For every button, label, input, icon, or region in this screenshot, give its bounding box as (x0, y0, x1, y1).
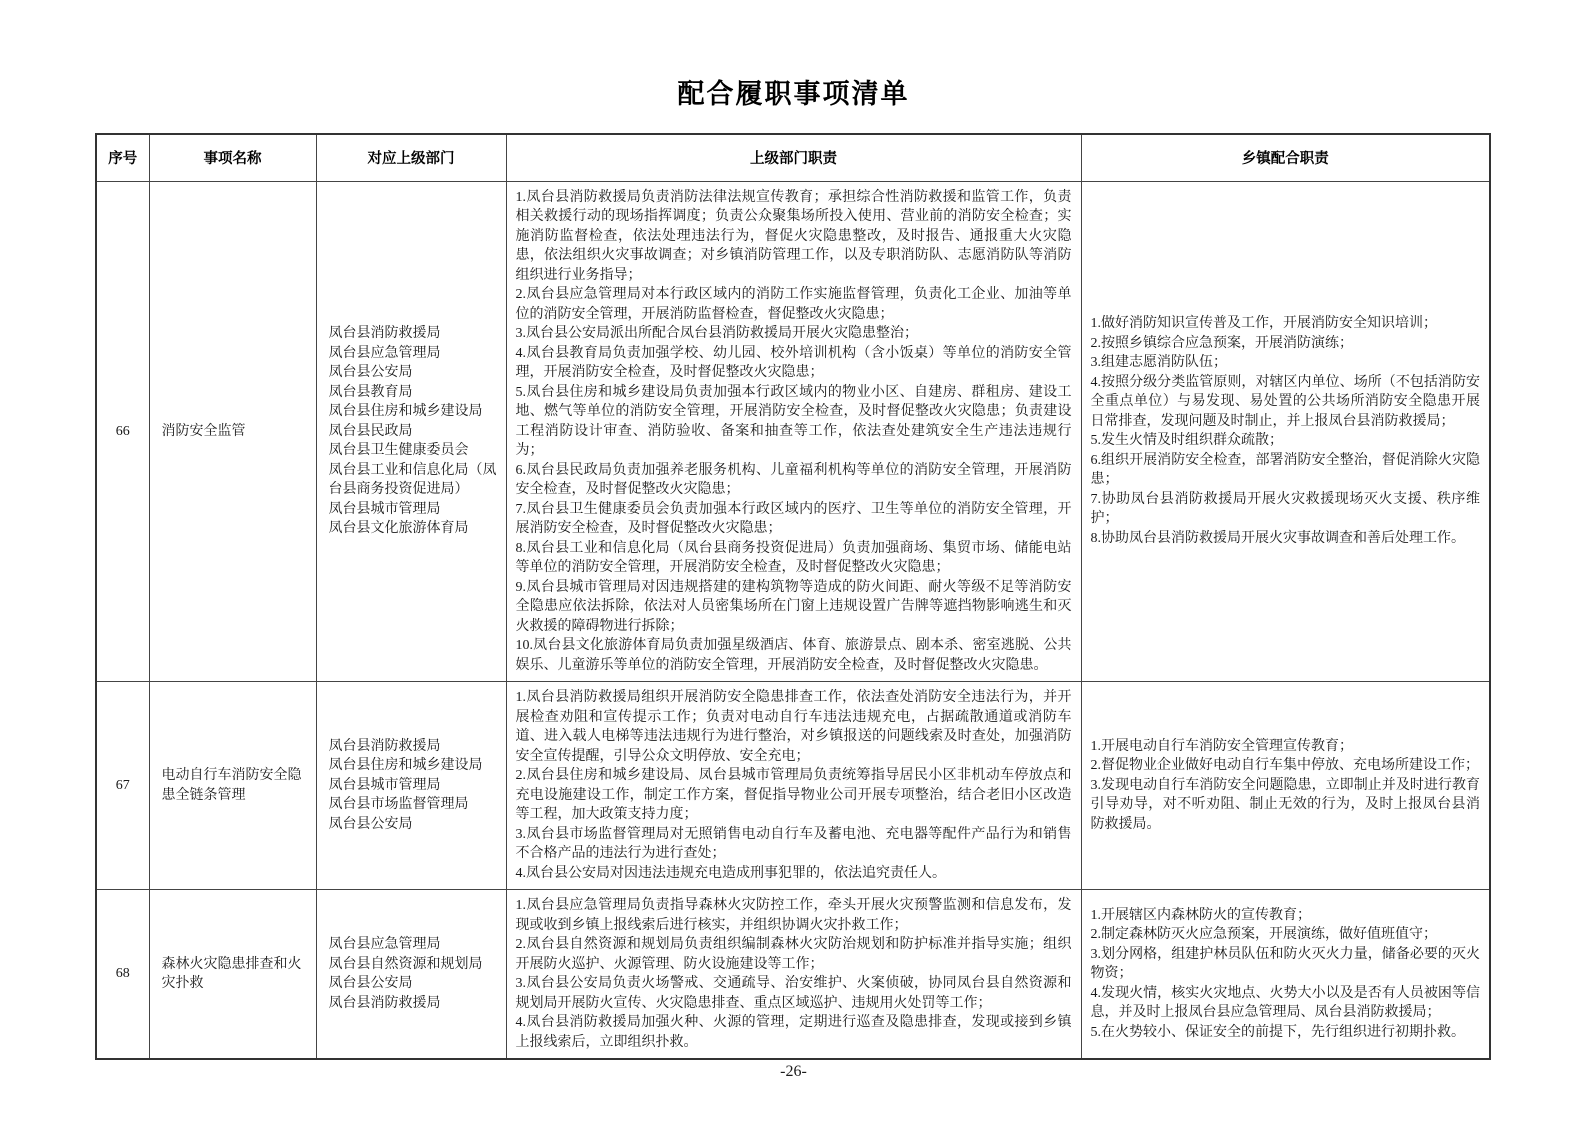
header-superior-duties: 上级部门职责 (506, 134, 1081, 181)
cell-departments: 凤台县消防救援局 凤台县住房和城乡建设局 凤台县城市管理局 凤台县市场监督管理局… (316, 682, 506, 890)
cell-departments: 凤台县消防救援局 凤台县应急管理局 凤台县公安局 凤台县教育局 凤台县住房和城乡… (316, 181, 506, 682)
header-item-name: 事项名称 (149, 134, 316, 181)
duty-table: 序号 事项名称 对应上级部门 上级部门职责 乡镇配合职责 66 消防安全监管 凤… (95, 133, 1491, 1060)
document-page: 配合履职事项清单 序号 事项名称 对应上级部门 上级部门职责 乡镇配合职责 66… (0, 0, 1587, 1122)
table-row: 68 森林火灾隐患排查和火灾扑救 凤台县应急管理局 凤台县自然资源和规划局 凤台… (96, 890, 1490, 1060)
table-row: 67 电动自行车消防安全隐患全链条管理 凤台县消防救援局 凤台县住房和城乡建设局… (96, 682, 1490, 890)
header-serial-number: 序号 (96, 134, 149, 181)
cell-serial-number: 66 (96, 181, 149, 682)
cell-item-name: 消防安全监管 (149, 181, 316, 682)
cell-departments: 凤台县应急管理局 凤台县自然资源和规划局 凤台县公安局 凤台县消防救援局 (316, 890, 506, 1060)
cell-superior-duties: 1.凤台县应急管理局负责指导森林火灾防控工作，牵头开展火灾预警监测和信息发布，发… (506, 890, 1081, 1060)
cell-serial-number: 68 (96, 890, 149, 1060)
table-header-row: 序号 事项名称 对应上级部门 上级部门职责 乡镇配合职责 (96, 134, 1490, 181)
cell-township-duties: 1.开展辖区内森林防火的宣传教育； 2.制定森林防灭火应急预案，开展演练，做好值… (1081, 890, 1490, 1060)
cell-serial-number: 67 (96, 682, 149, 890)
header-superior-department: 对应上级部门 (316, 134, 506, 181)
cell-item-name: 电动自行车消防安全隐患全链条管理 (149, 682, 316, 890)
header-township-duties: 乡镇配合职责 (1081, 134, 1490, 181)
cell-township-duties: 1.做好消防知识宣传普及工作，开展消防安全知识培训； 2.按照乡镇综合应急预案，… (1081, 181, 1490, 682)
table-row: 66 消防安全监管 凤台县消防救援局 凤台县应急管理局 凤台县公安局 凤台县教育… (96, 181, 1490, 682)
cell-township-duties: 1.开展电动自行车消防安全管理宣传教育； 2.督促物业企业做好电动自行车集中停放… (1081, 682, 1490, 890)
cell-superior-duties: 1.凤台县消防救援局负责消防法律法规宣传教育；承担综合性消防救援和监管工作，负责… (506, 181, 1081, 682)
page-title: 配合履职事项清单 (0, 72, 1587, 111)
page-number: -26- (0, 1063, 1587, 1081)
cell-superior-duties: 1.凤台县消防救援局组织开展消防安全隐患排查工作，依法查处消防安全违法行为，并开… (506, 682, 1081, 890)
cell-item-name: 森林火灾隐患排查和火灾扑救 (149, 890, 316, 1060)
